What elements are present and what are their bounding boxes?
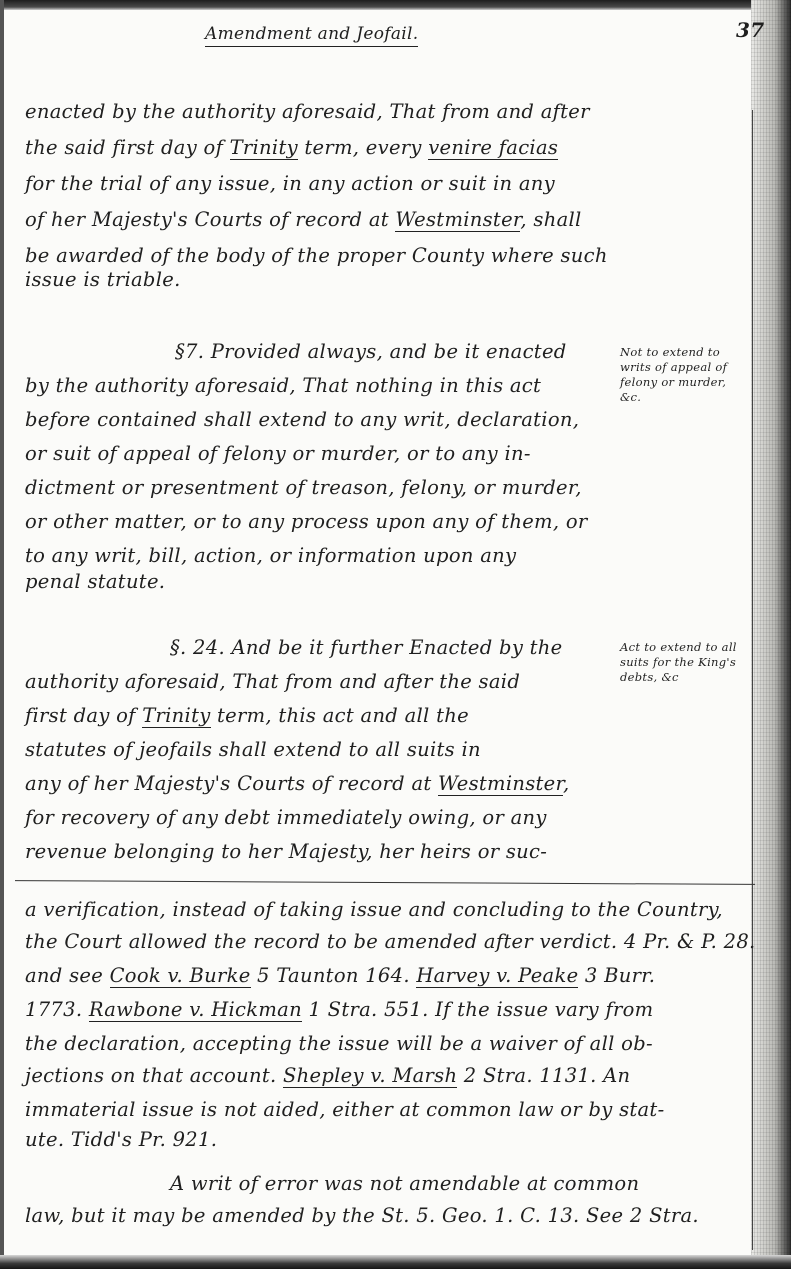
text-line: issue is triable. xyxy=(25,268,181,291)
text-line: penal statute. xyxy=(25,570,165,593)
text-line: for the trial of any issue, in any actio… xyxy=(25,172,555,195)
scan-left-edge xyxy=(0,0,4,1269)
text-line: any of her Majesty's Courts of record at… xyxy=(25,772,570,795)
text-line: the Court allowed the record to be amend… xyxy=(25,930,756,953)
scan-right-gutter xyxy=(751,0,791,1269)
manuscript-page: Amendment and Jeofail. 37 enacted by the… xyxy=(0,0,791,1269)
section-number: §7. xyxy=(175,340,204,363)
text-line: the declaration, accepting the issue wil… xyxy=(25,1032,653,1055)
text-line: revenue belonging to her Majesty, her he… xyxy=(25,840,547,863)
text-line: authority aforesaid, That from and after… xyxy=(25,670,520,693)
margin-rule xyxy=(752,110,753,1250)
text-line: immaterial issue is not aided, either at… xyxy=(25,1098,664,1121)
text-line: the said first day of Trinity term, ever… xyxy=(25,136,558,159)
text-line: or other matter, or to any process upon … xyxy=(25,510,588,533)
margin-note: Not to extend to writs of appeal of felo… xyxy=(620,345,748,405)
text-line: statutes of jeofails shall extend to all… xyxy=(25,738,481,761)
text-line: to any writ, bill, action, or informatio… xyxy=(25,544,516,567)
text-line: and see Cook v. Burke 5 Taunton 164. Har… xyxy=(25,964,655,987)
text-line: A writ of error was not amendable at com… xyxy=(170,1172,639,1195)
text-line: by the authority aforesaid, That nothing… xyxy=(25,374,541,397)
page-number: 37 xyxy=(736,18,764,42)
text-line: dictment or presentment of treason, felo… xyxy=(25,476,582,499)
text-line: enacted by the authority aforesaid, That… xyxy=(25,100,590,123)
margin-note: Act to extend to all suits for the King'… xyxy=(620,640,748,685)
scan-bottom-edge xyxy=(0,1255,791,1269)
text-line: law, but it may be amended by the St. 5.… xyxy=(25,1204,699,1227)
scan-top-edge xyxy=(0,0,791,10)
text-line: a verification, instead of taking issue … xyxy=(25,898,723,921)
text-line: for recovery of any debt immediately owi… xyxy=(25,806,547,829)
section-heading-line: §7. Provided always, and be it enacted xyxy=(175,340,567,363)
text-line: ute. Tidd's Pr. 921. xyxy=(25,1128,217,1151)
section-heading-line: §. 24. And be it further Enacted by the xyxy=(170,636,562,659)
text-line: before contained shall extend to any wri… xyxy=(25,408,579,431)
page-title: Amendment and Jeofail. xyxy=(205,24,418,47)
text-line: 1773. Rawbone v. Hickman 1 Stra. 551. If… xyxy=(25,998,653,1021)
text-line: be awarded of the body of the proper Cou… xyxy=(25,244,608,267)
section-divider xyxy=(15,880,755,885)
text-line: of her Majesty's Courts of record at Wes… xyxy=(25,208,582,231)
text-line: first day of Trinity term, this act and … xyxy=(25,704,469,727)
section-number: §. 24. xyxy=(170,636,225,659)
text-line: or suit of appeal of felony or murder, o… xyxy=(25,442,531,465)
text-line: jections on that account. Shepley v. Mar… xyxy=(25,1064,630,1087)
